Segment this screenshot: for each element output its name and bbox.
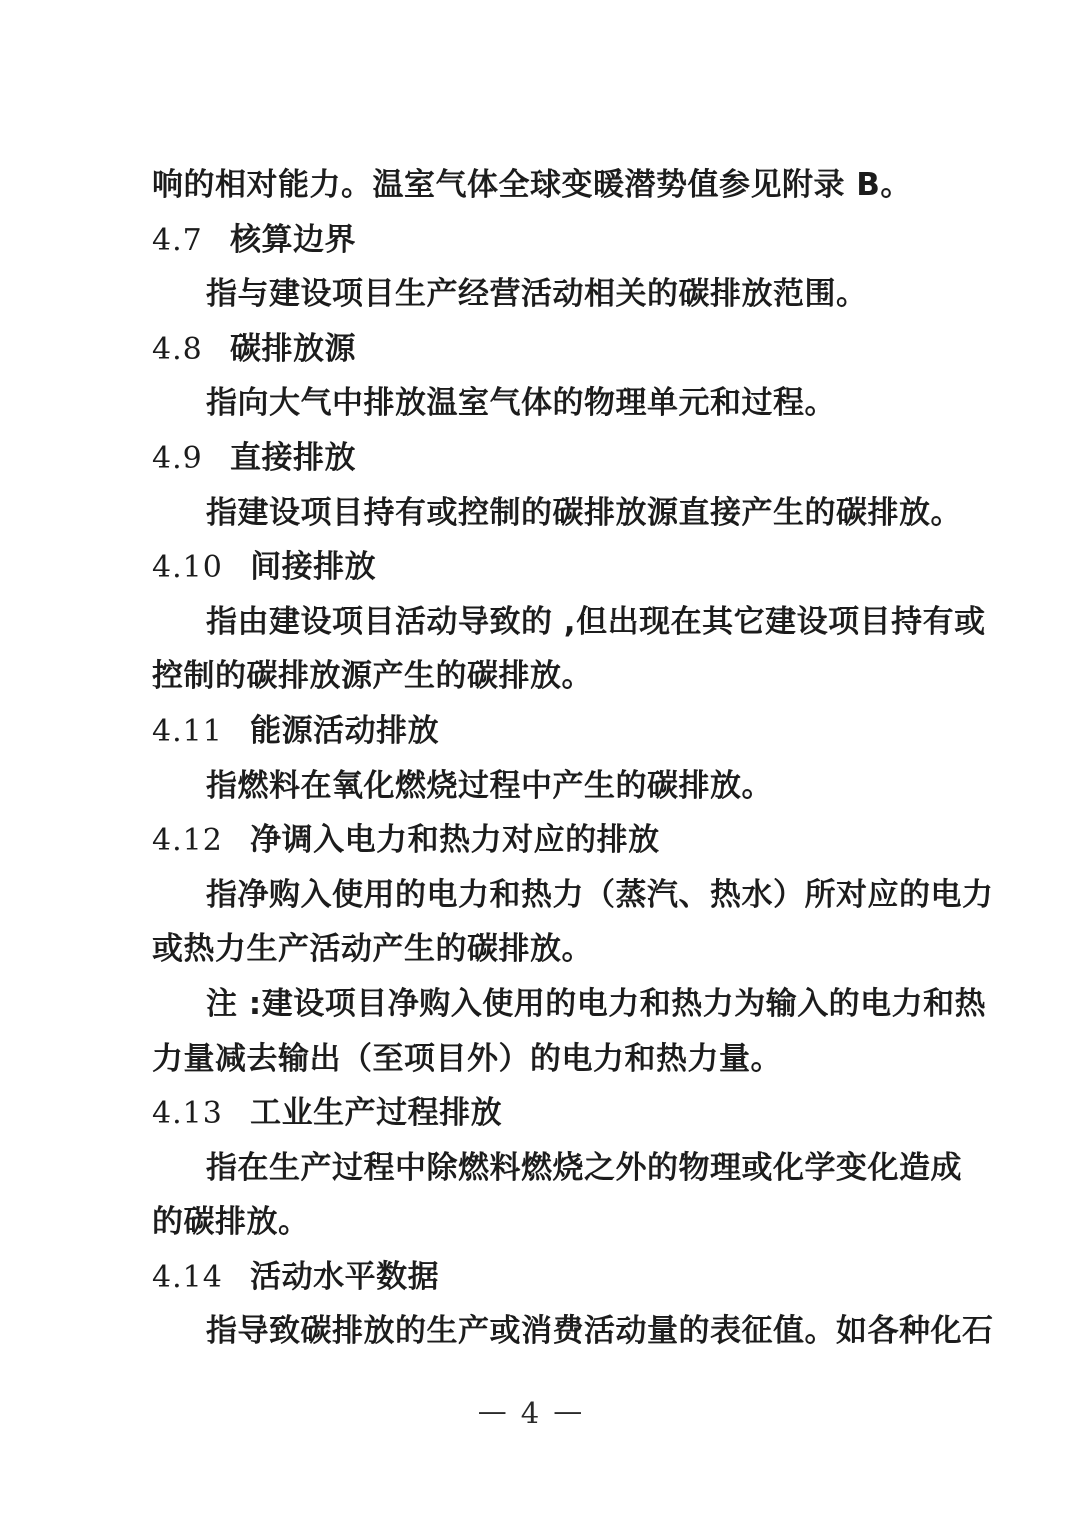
paragraph-line: 响的相对能力。温室气体全球变暖潜势值参见附录 B。 [152,158,942,213]
section-heading: 4.10 间接排放 [152,540,942,595]
section-number: 4.9 [152,441,203,476]
paragraph-line: 指由建设项目活动导致的 ,但出现在其它建设项目持有或 [152,595,942,650]
paragraph-line: 或热力生产活动产生的碳排放。 [152,922,942,977]
paragraph-line: 指燃料在氧化燃烧过程中产生的碳排放。 [152,759,942,814]
section-heading: 4.13 工业生产过程排放 [152,1086,942,1141]
section-heading: 4.8 碳排放源 [152,322,942,377]
section-number: 4.13 [152,1096,223,1131]
section-heading: 4.7 核算边界 [152,213,942,268]
section-title: 碳排放源 [230,331,356,367]
section-title: 能源活动排放 [250,713,439,749]
section-title: 直接排放 [230,440,356,476]
paragraph-line: 指净购入使用的电力和热力（蒸汽、热水）所对应的电力 [152,868,942,923]
paragraph-line: 指在生产过程中除燃料燃烧之外的物理或化学变化造成 [152,1141,942,1196]
section-heading: 4.14 活动水平数据 [152,1250,942,1305]
section-title: 核算边界 [230,222,356,258]
section-title: 工业生产过程排放 [250,1095,502,1131]
document-page: 响的相对能力。温室气体全球变暖潜势值参见附录 B。 4.7 核算边界 指与建设项… [0,0,1080,1527]
section-number: 4.12 [152,823,223,858]
section-heading: 4.12 净调入电力和热力对应的排放 [152,813,942,868]
section-number: 4.10 [152,550,223,585]
note-line: 注 :建设项目净购入使用的电力和热力为输入的电力和热 [152,977,942,1032]
section-title: 活动水平数据 [250,1259,439,1295]
page-footer: —4— [0,1398,1060,1428]
section-number: 4.8 [152,332,203,367]
section-number: 4.14 [152,1260,223,1295]
paragraph-line: 指导致碳排放的生产或消费活动量的表征值。如各种化石 [152,1304,942,1359]
paragraph-line: 指建设项目持有或控制的碳排放源直接产生的碳排放。 [152,486,942,541]
section-title: 间接排放 [250,549,376,585]
section-title: 净调入电力和热力对应的排放 [250,822,660,858]
page-number: 4 [521,1398,539,1428]
footer-dash-left: — [478,1396,507,1426]
paragraph-line: 指向大气中排放温室气体的物理单元和过程。 [152,376,942,431]
paragraph-line: 指与建设项目生产经营活动相关的碳排放范围。 [152,267,942,322]
section-heading: 4.11 能源活动排放 [152,704,942,759]
section-number: 4.11 [152,714,223,749]
paragraph-line: 的碳排放。 [152,1195,942,1250]
footer-dash-right: — [553,1396,582,1426]
section-number: 4.7 [152,223,203,258]
page-body-text: 响的相对能力。温室气体全球变暖潜势值参见附录 B。 4.7 核算边界 指与建设项… [152,158,942,1359]
paragraph-line: 控制的碳排放源产生的碳排放。 [152,649,942,704]
section-heading: 4.9 直接排放 [152,431,942,486]
note-line: 力量减去输出（至项目外）的电力和热力量。 [152,1032,942,1087]
